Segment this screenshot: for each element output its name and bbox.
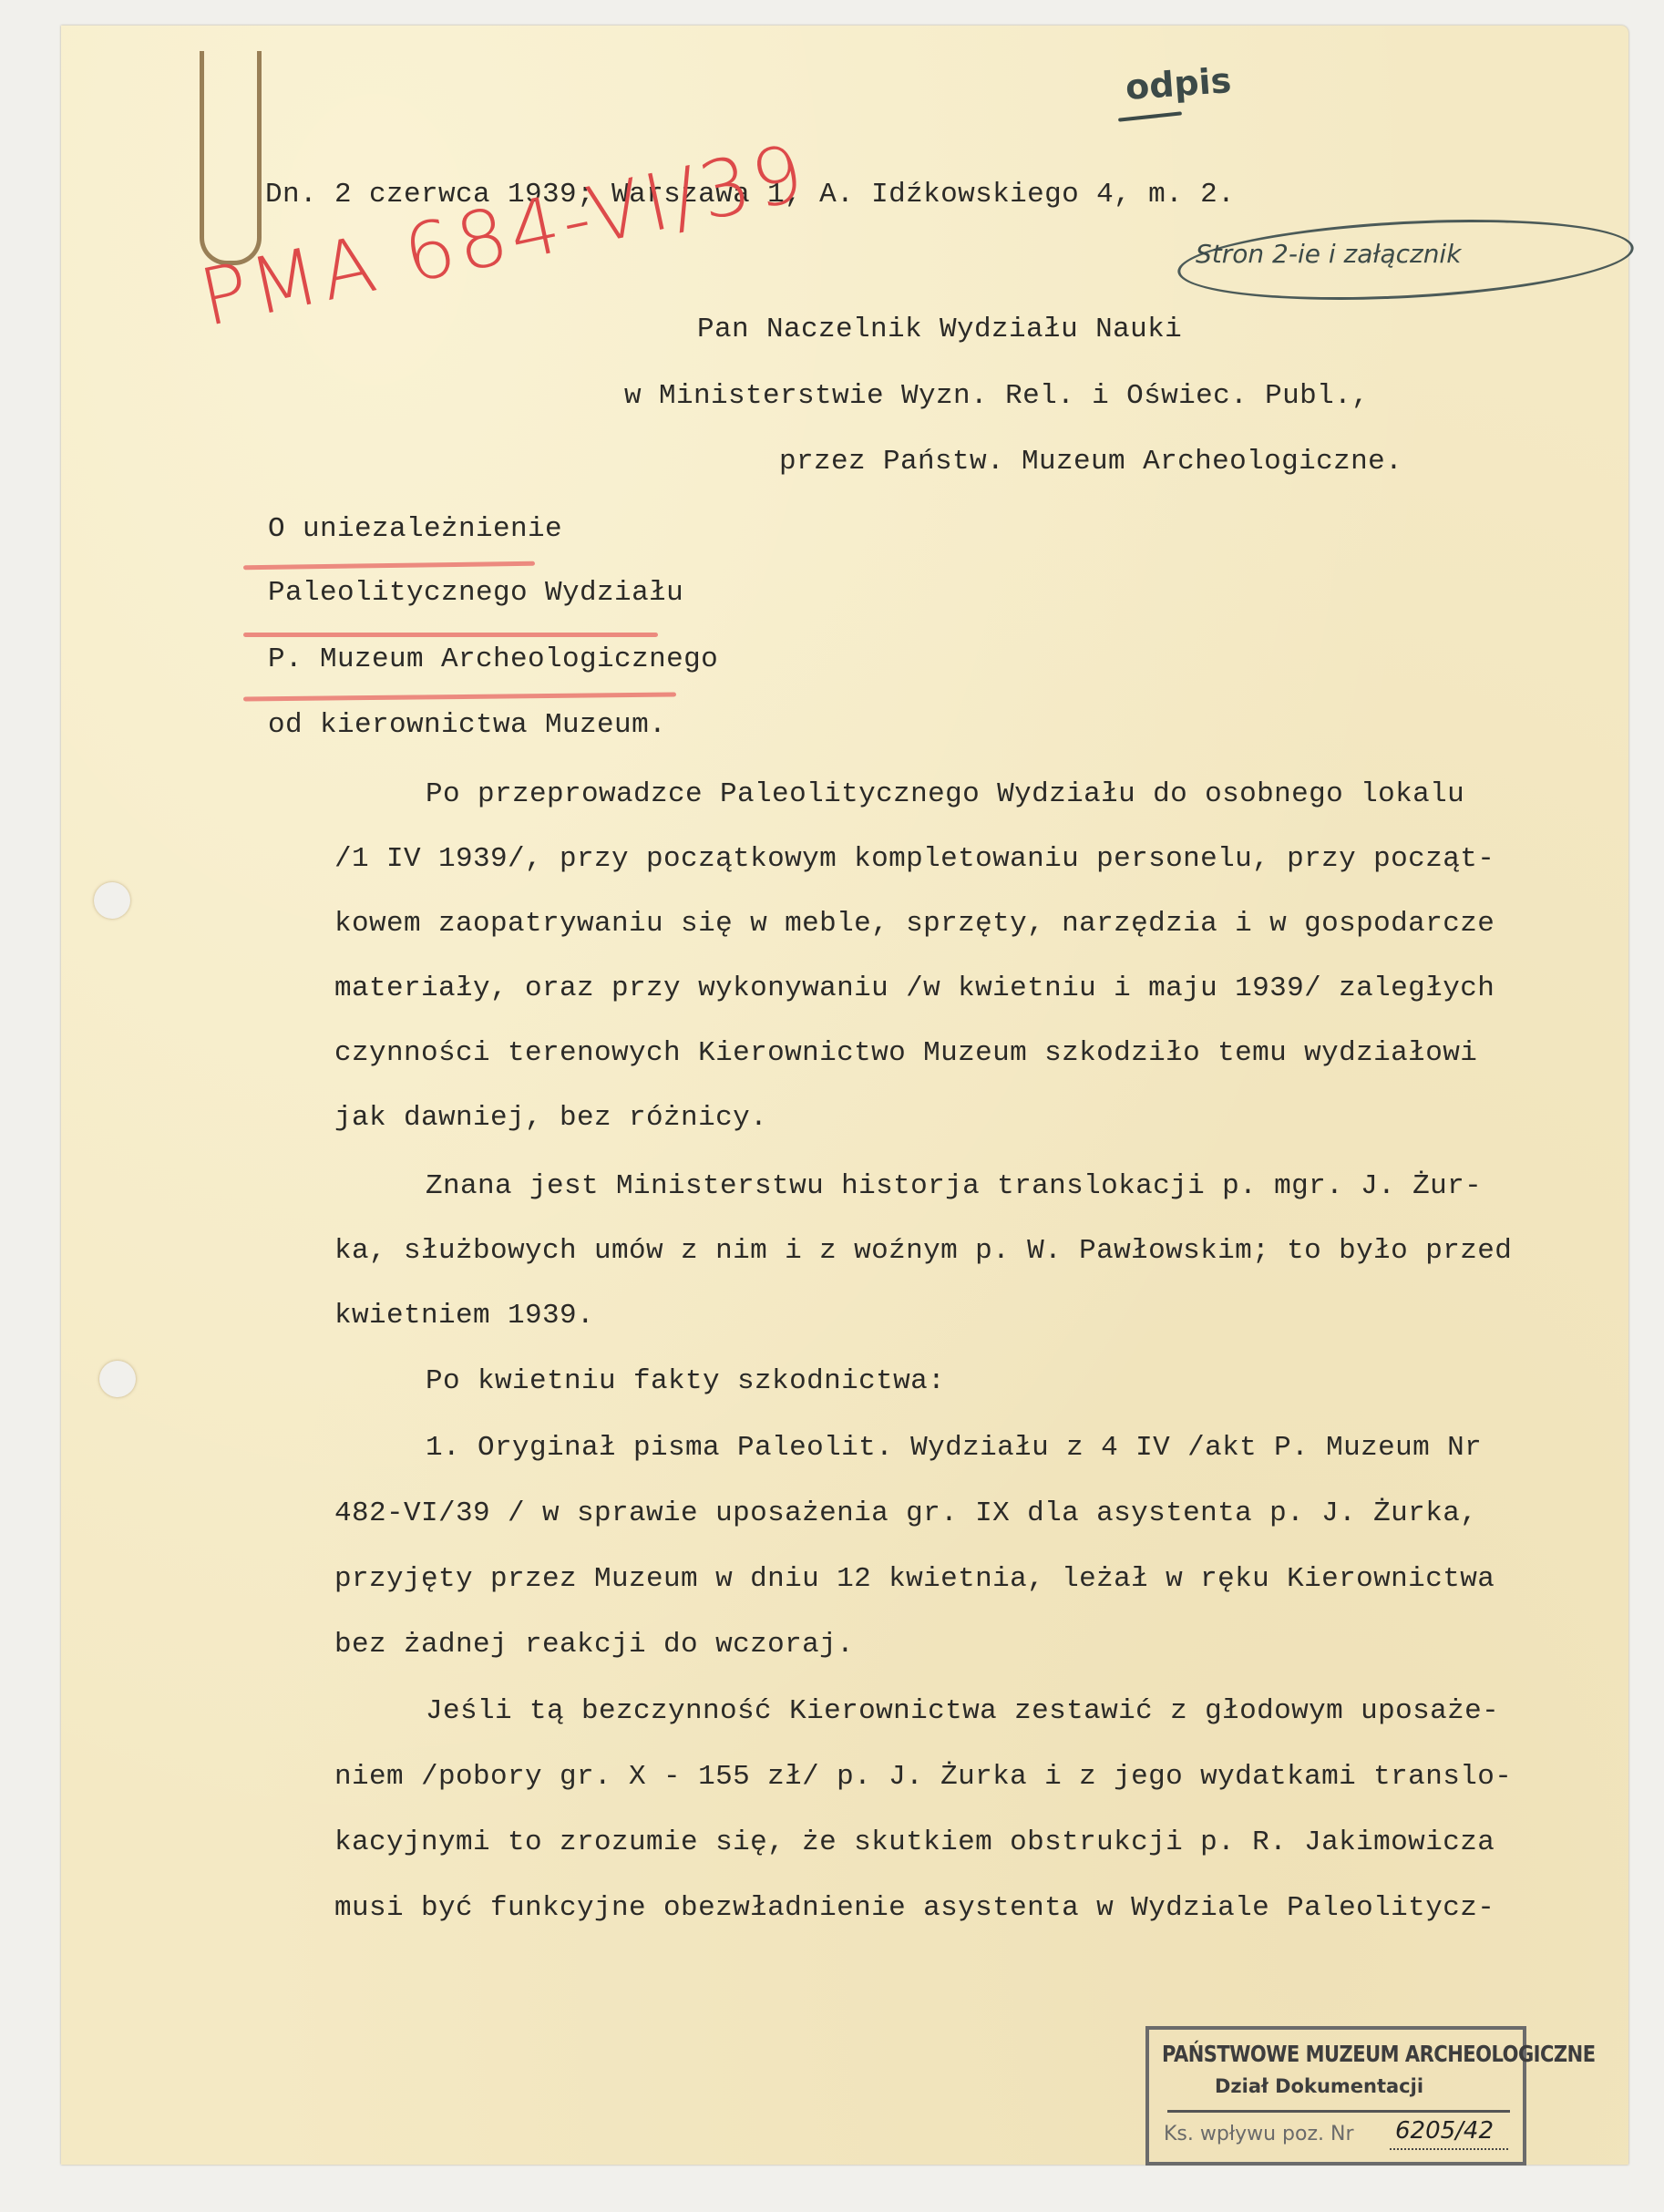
subject-line-4: od kierownictwa Muzeum. bbox=[268, 711, 666, 739]
body-line: niem /pobory gr. X - 155 zł/ p. J. Żurka… bbox=[334, 1763, 1512, 1791]
recipient-line-2: w Ministerstwie Wyzn. Rel. i Oświec. Pub… bbox=[624, 382, 1369, 410]
handwritten-note-copy: odpis bbox=[1125, 60, 1233, 108]
stamp-dotted-line bbox=[1390, 2148, 1508, 2150]
body-line: /1 IV 1939/, przy początkowym kompletowa… bbox=[334, 845, 1495, 873]
body-line: ka, służbowych umów z nim i z woźnym p. … bbox=[334, 1237, 1512, 1265]
body-line: 1. Oryginał pisma Paleolit. Wydziału z 4… bbox=[426, 1434, 1482, 1462]
body-line: Jeśli tą bezczynność Kierownictwa zestaw… bbox=[426, 1697, 1499, 1725]
stamp-register-label: Ks. wpływu poz. Nr bbox=[1164, 2123, 1354, 2145]
punch-hole bbox=[94, 882, 130, 919]
body-line: musi być funkcyjne obezwładnienie asyste… bbox=[334, 1894, 1495, 1922]
body-line: kacyjnymi to zrozumie się, że skutkiem o… bbox=[334, 1828, 1495, 1857]
stamp-register-number: 6205/42 bbox=[1395, 2117, 1494, 2145]
body-line: Po przeprowadzce Paleolitycznego Wydział… bbox=[426, 780, 1464, 808]
handwritten-underline bbox=[1118, 111, 1182, 121]
red-underline bbox=[243, 693, 676, 702]
archive-stamp: PAŃSTWOWE MUZEUM ARCHEOLOGICZNE Dział Do… bbox=[1145, 2026, 1526, 2166]
body-line: kwietniem 1939. bbox=[334, 1301, 594, 1330]
body-line: przyjęty przez Muzeum w dniu 12 kwietnia… bbox=[334, 1565, 1495, 1593]
red-underline bbox=[243, 561, 535, 570]
body-line: Znana jest Ministerstwu historja translo… bbox=[426, 1172, 1482, 1200]
oval-note-text: Stron 2-ie i załącznik bbox=[1196, 239, 1461, 269]
punch-hole bbox=[99, 1361, 136, 1397]
body-line: bez żadnej reakcji do wczoraj. bbox=[334, 1631, 854, 1659]
stamp-department: Dział Dokumentacji bbox=[1215, 2075, 1423, 2097]
body-line: materiały, oraz przy wykonywaniu /w kwie… bbox=[334, 974, 1495, 1003]
body-line: jak dawniej, bez różnicy. bbox=[334, 1104, 767, 1132]
stamp-institution: PAŃSTWOWE MUZEUM ARCHEOLOGICZNE bbox=[1162, 2041, 1596, 2067]
paperclip-stain bbox=[200, 51, 262, 265]
document-page: odpis Dn. 2 czerwca 1939; Warszawa 1, A.… bbox=[61, 26, 1628, 2165]
body-line: Po kwietniu fakty szkodnictwa: bbox=[426, 1367, 945, 1395]
body-line: 482-VI/39 / w sprawie uposażenia gr. IX … bbox=[334, 1499, 1477, 1528]
stamp-divider bbox=[1167, 2110, 1510, 2113]
subject-line-3: P. Muzeum Archeologicznego bbox=[268, 645, 718, 674]
body-line: kowem zaopatrywaniu się w meble, sprzęty… bbox=[334, 910, 1495, 938]
red-reference-number: PMA 684-VI/39 bbox=[192, 127, 815, 345]
subject-line-1: O uniezależnienie bbox=[268, 515, 562, 543]
subject-line-2: Paleolitycznego Wydziału bbox=[268, 579, 683, 607]
body-line: czynności terenowych Kierownictwo Muzeum… bbox=[334, 1039, 1477, 1067]
recipient-line-3: przez Państw. Muzeum Archeologiczne. bbox=[779, 448, 1402, 476]
recipient-line-1: Pan Naczelnik Wydziału Nauki bbox=[697, 315, 1182, 344]
red-underline bbox=[243, 633, 658, 637]
